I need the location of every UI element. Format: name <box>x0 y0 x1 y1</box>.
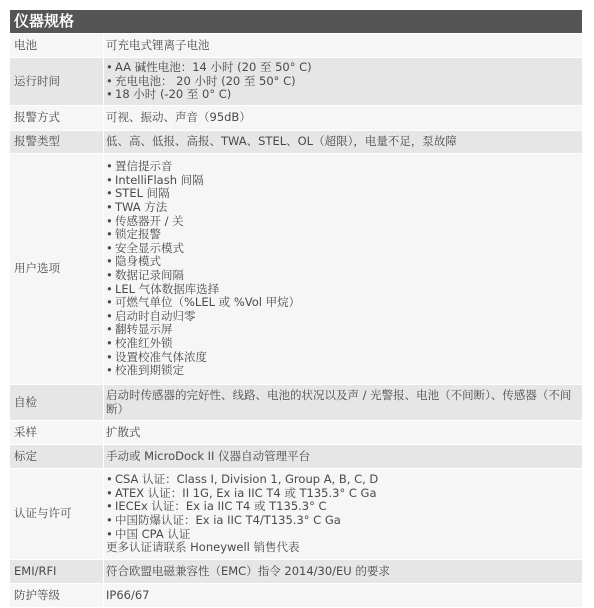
value-text: 扩散式 <box>106 426 576 440</box>
row-value: 启动时传感器的完好性、线路、电池的状况以及声 / 光警报、电池（不间断）、传感器… <box>103 385 582 420</box>
list-item: 校准红外锁 <box>106 337 576 351</box>
list-item: 可燃气单位（%LEL 或 %Vol 甲烷） <box>106 296 576 310</box>
row-value: 可视、振动、声音（95dB） <box>103 106 582 130</box>
list-item: ATEX 认证：II 1G, Ex ia IIC T4 或 T135.3° C … <box>106 487 576 501</box>
row-value: 手动或 MicroDock II 仪器自动管理平台 <box>103 445 582 468</box>
row-calibration: 标定 手动或 MicroDock II 仪器自动管理平台 <box>10 444 582 468</box>
row-value: 置信提示音 IntelliFlash 间隔 STEL 间隔 TWA 方法 传感器… <box>103 154 582 384</box>
row-self-test: 自检 启动时传感器的完好性、线路、电池的状况以及声 / 光警报、电池（不间断）、… <box>10 384 582 420</box>
row-value: 可充电式锂离子电池 <box>103 34 582 57</box>
row-sampling: 采样 扩散式 <box>10 420 582 444</box>
row-label: 认证与许可 <box>10 469 103 559</box>
row-ingress-protection: 防护等级 IP66/67 <box>10 583 582 607</box>
row-value: CSA 认证：Class I, Division 1, Group A, B, … <box>103 469 582 559</box>
list-item: 18 小时 (-20 至 0° C) <box>106 88 576 102</box>
value-text: 符合欧盟电磁兼容性（EMC）指令 2014/30/EU 的要求 <box>106 565 576 579</box>
list-item: 传感器开 / 关 <box>106 215 576 229</box>
row-value: 低、高、低报、高报、TWA、STEL、OL（超限），电量不足，泵故障 <box>103 131 582 153</box>
row-label: 采样 <box>10 421 103 444</box>
list-item: 中国防爆认证：Ex ia IIC T4/T135.3° C Ga <box>106 514 576 528</box>
list-item: STEL 间隔 <box>106 187 576 201</box>
list-item: 充电电池： 20 小时 (20 至 50° C) <box>106 75 576 89</box>
row-label: 运行时间 <box>10 58 103 105</box>
list-item: 启动时自动归零 <box>106 310 576 324</box>
row-battery: 电池 可充电式锂离子电池 <box>10 33 582 57</box>
list-item: 翻转显示屏 <box>106 323 576 337</box>
list-item: TWA 方法 <box>106 201 576 215</box>
value-text: IP66/67 <box>106 589 576 603</box>
row-emi-rfi: EMI/RFI 符合欧盟电磁兼容性（EMC）指令 2014/30/EU 的要求 <box>10 559 582 583</box>
certification-note: 更多认证请联系 Honeywell 销售代表 <box>106 541 576 555</box>
row-label: 自检 <box>10 385 103 420</box>
bullet-list: CSA 认证：Class I, Division 1, Group A, B, … <box>106 473 576 541</box>
spec-table: 仪器规格 电池 可充电式锂离子电池 运行时间 AA 碱性电池：14 小时 (20… <box>10 10 582 607</box>
row-label: 电池 <box>10 34 103 57</box>
value-text: 低、高、低报、高报、TWA、STEL、OL（超限），电量不足，泵故障 <box>106 135 576 149</box>
row-label: 用户选项 <box>10 154 103 384</box>
value-text: 手动或 MicroDock II 仪器自动管理平台 <box>106 450 576 464</box>
list-item: 设置校准气体浓度 <box>106 351 576 365</box>
list-item: IntelliFlash 间隔 <box>106 174 576 188</box>
bullet-list: AA 碱性电池：14 小时 (20 至 50° C) 充电电池： 20 小时 (… <box>106 61 576 102</box>
bullet-list: 置信提示音 IntelliFlash 间隔 STEL 间隔 TWA 方法 传感器… <box>106 160 576 378</box>
row-label: 防护等级 <box>10 584 103 607</box>
row-alarm-mode: 报警方式 可视、振动、声音（95dB） <box>10 105 582 130</box>
list-item: 中国 CPA 认证 <box>106 528 576 542</box>
list-item: 置信提示音 <box>106 160 576 174</box>
spec-title: 仪器规格 <box>10 10 582 33</box>
list-item: 校准到期锁定 <box>106 364 576 378</box>
list-item: CSA 认证：Class I, Division 1, Group A, B, … <box>106 473 576 487</box>
list-item: 隐身模式 <box>106 255 576 269</box>
row-runtime: 运行时间 AA 碱性电池：14 小时 (20 至 50° C) 充电电池： 20… <box>10 57 582 105</box>
value-text: 可视、振动、声音（95dB） <box>106 111 576 125</box>
row-alarm-type: 报警类型 低、高、低报、高报、TWA、STEL、OL（超限），电量不足，泵故障 <box>10 130 582 153</box>
value-text: 可充电式锂离子电池 <box>106 39 576 53</box>
row-label: 报警类型 <box>10 131 103 153</box>
row-user-options: 用户选项 置信提示音 IntelliFlash 间隔 STEL 间隔 TWA 方… <box>10 153 582 384</box>
row-value: IP66/67 <box>103 584 582 607</box>
row-value: 扩散式 <box>103 421 582 444</box>
row-label: 报警方式 <box>10 106 103 130</box>
list-item: AA 碱性电池：14 小时 (20 至 50° C) <box>106 61 576 75</box>
list-item: IECEx 认证：Ex ia IIC T4 或 T135.3° C <box>106 500 576 514</box>
row-label: EMI/RFI <box>10 560 103 583</box>
list-item: 安全显示模式 <box>106 242 576 256</box>
row-label: 标定 <box>10 445 103 468</box>
list-item: LEL 气体数据库选择 <box>106 283 576 297</box>
value-text: 启动时传感器的完好性、线路、电池的状况以及声 / 光警报、电池（不间断）、传感器… <box>106 389 576 416</box>
row-value: AA 碱性电池：14 小时 (20 至 50° C) 充电电池： 20 小时 (… <box>103 58 582 105</box>
row-value: 符合欧盟电磁兼容性（EMC）指令 2014/30/EU 的要求 <box>103 560 582 583</box>
list-item: 数据记录间隔 <box>106 269 576 283</box>
list-item: 锁定报警 <box>106 228 576 242</box>
row-certifications: 认证与许可 CSA 认证：Class I, Division 1, Group … <box>10 468 582 559</box>
